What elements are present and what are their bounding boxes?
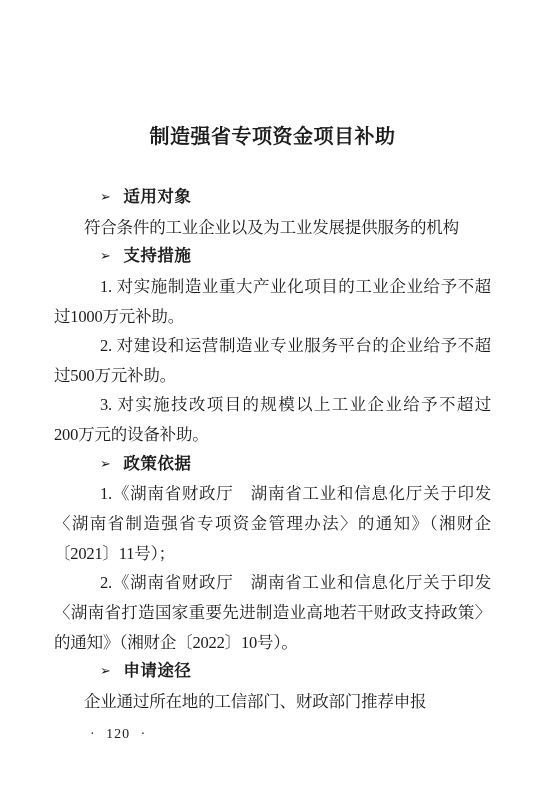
document-body: ➢适用对象符合条件的工业企业以及为工业发展提供服务的机构➢支持措施1. 对实施制… [54,183,491,717]
section-heading-label: 适用对象 [123,188,191,206]
body-text-line: 2.《湖南省财政厅 湖南省工业和信息化厅关于印发 [54,568,491,598]
body-text-line: 200万元的设备补助。 [54,420,491,450]
body-text-line: 〔2021〕11号）； [54,539,491,569]
arrow-bullet-icon: ➢ [100,449,111,479]
body-text-line: 符合条件的工业企业以及为工业发展提供服务的机构 [54,213,491,243]
section-heading: ➢政策依据 [54,450,491,480]
body-text-line: 1.《湖南省财政厅 湖南省工业和信息化厅关于印发 [54,479,491,509]
body-text-line: 企业通过所在地的工信部门、财政部门推荐申报 [54,687,491,717]
body-text-line: 过1000万元补助。 [54,302,491,332]
body-text-line: 1. 对实施制造业重大产业化项目的工业企业给予不超 [54,272,491,302]
body-text-line: 〈湖南省打造国家重要先进制造业高地若干财政支持政策〉 [54,598,491,628]
page-number: · 120 · [90,727,146,743]
section-heading-label: 政策依据 [123,455,191,473]
section-heading: ➢支持措施 [54,242,491,272]
body-text-line: 的通知》（湘财企〔2022〕10号）。 [54,628,491,658]
document-title: 制造强省专项资金项目补助 [54,121,491,153]
section-heading: ➢申请途径 [54,657,491,687]
section-heading: ➢适用对象 [54,183,491,213]
body-text-line: 2. 对建设和运营制造业专业服务平台的企业给予不超 [54,331,491,361]
arrow-bullet-icon: ➢ [100,182,111,212]
section-heading-label: 支持措施 [123,247,191,265]
body-text-line: 〈湖南省制造强省专项资金管理办法〉的通知》（湘财企 [54,509,491,539]
document-page: 制造强省专项资金项目补助 ➢适用对象符合条件的工业企业以及为工业发展提供服务的机… [0,0,559,793]
arrow-bullet-icon: ➢ [100,656,111,686]
arrow-bullet-icon: ➢ [100,241,111,271]
body-text-line: 3. 对实施技改项目的规模以上工业企业给予不超过 [54,390,491,420]
body-text-line: 过500万元补助。 [54,361,491,391]
section-heading-label: 申请途径 [123,662,191,680]
